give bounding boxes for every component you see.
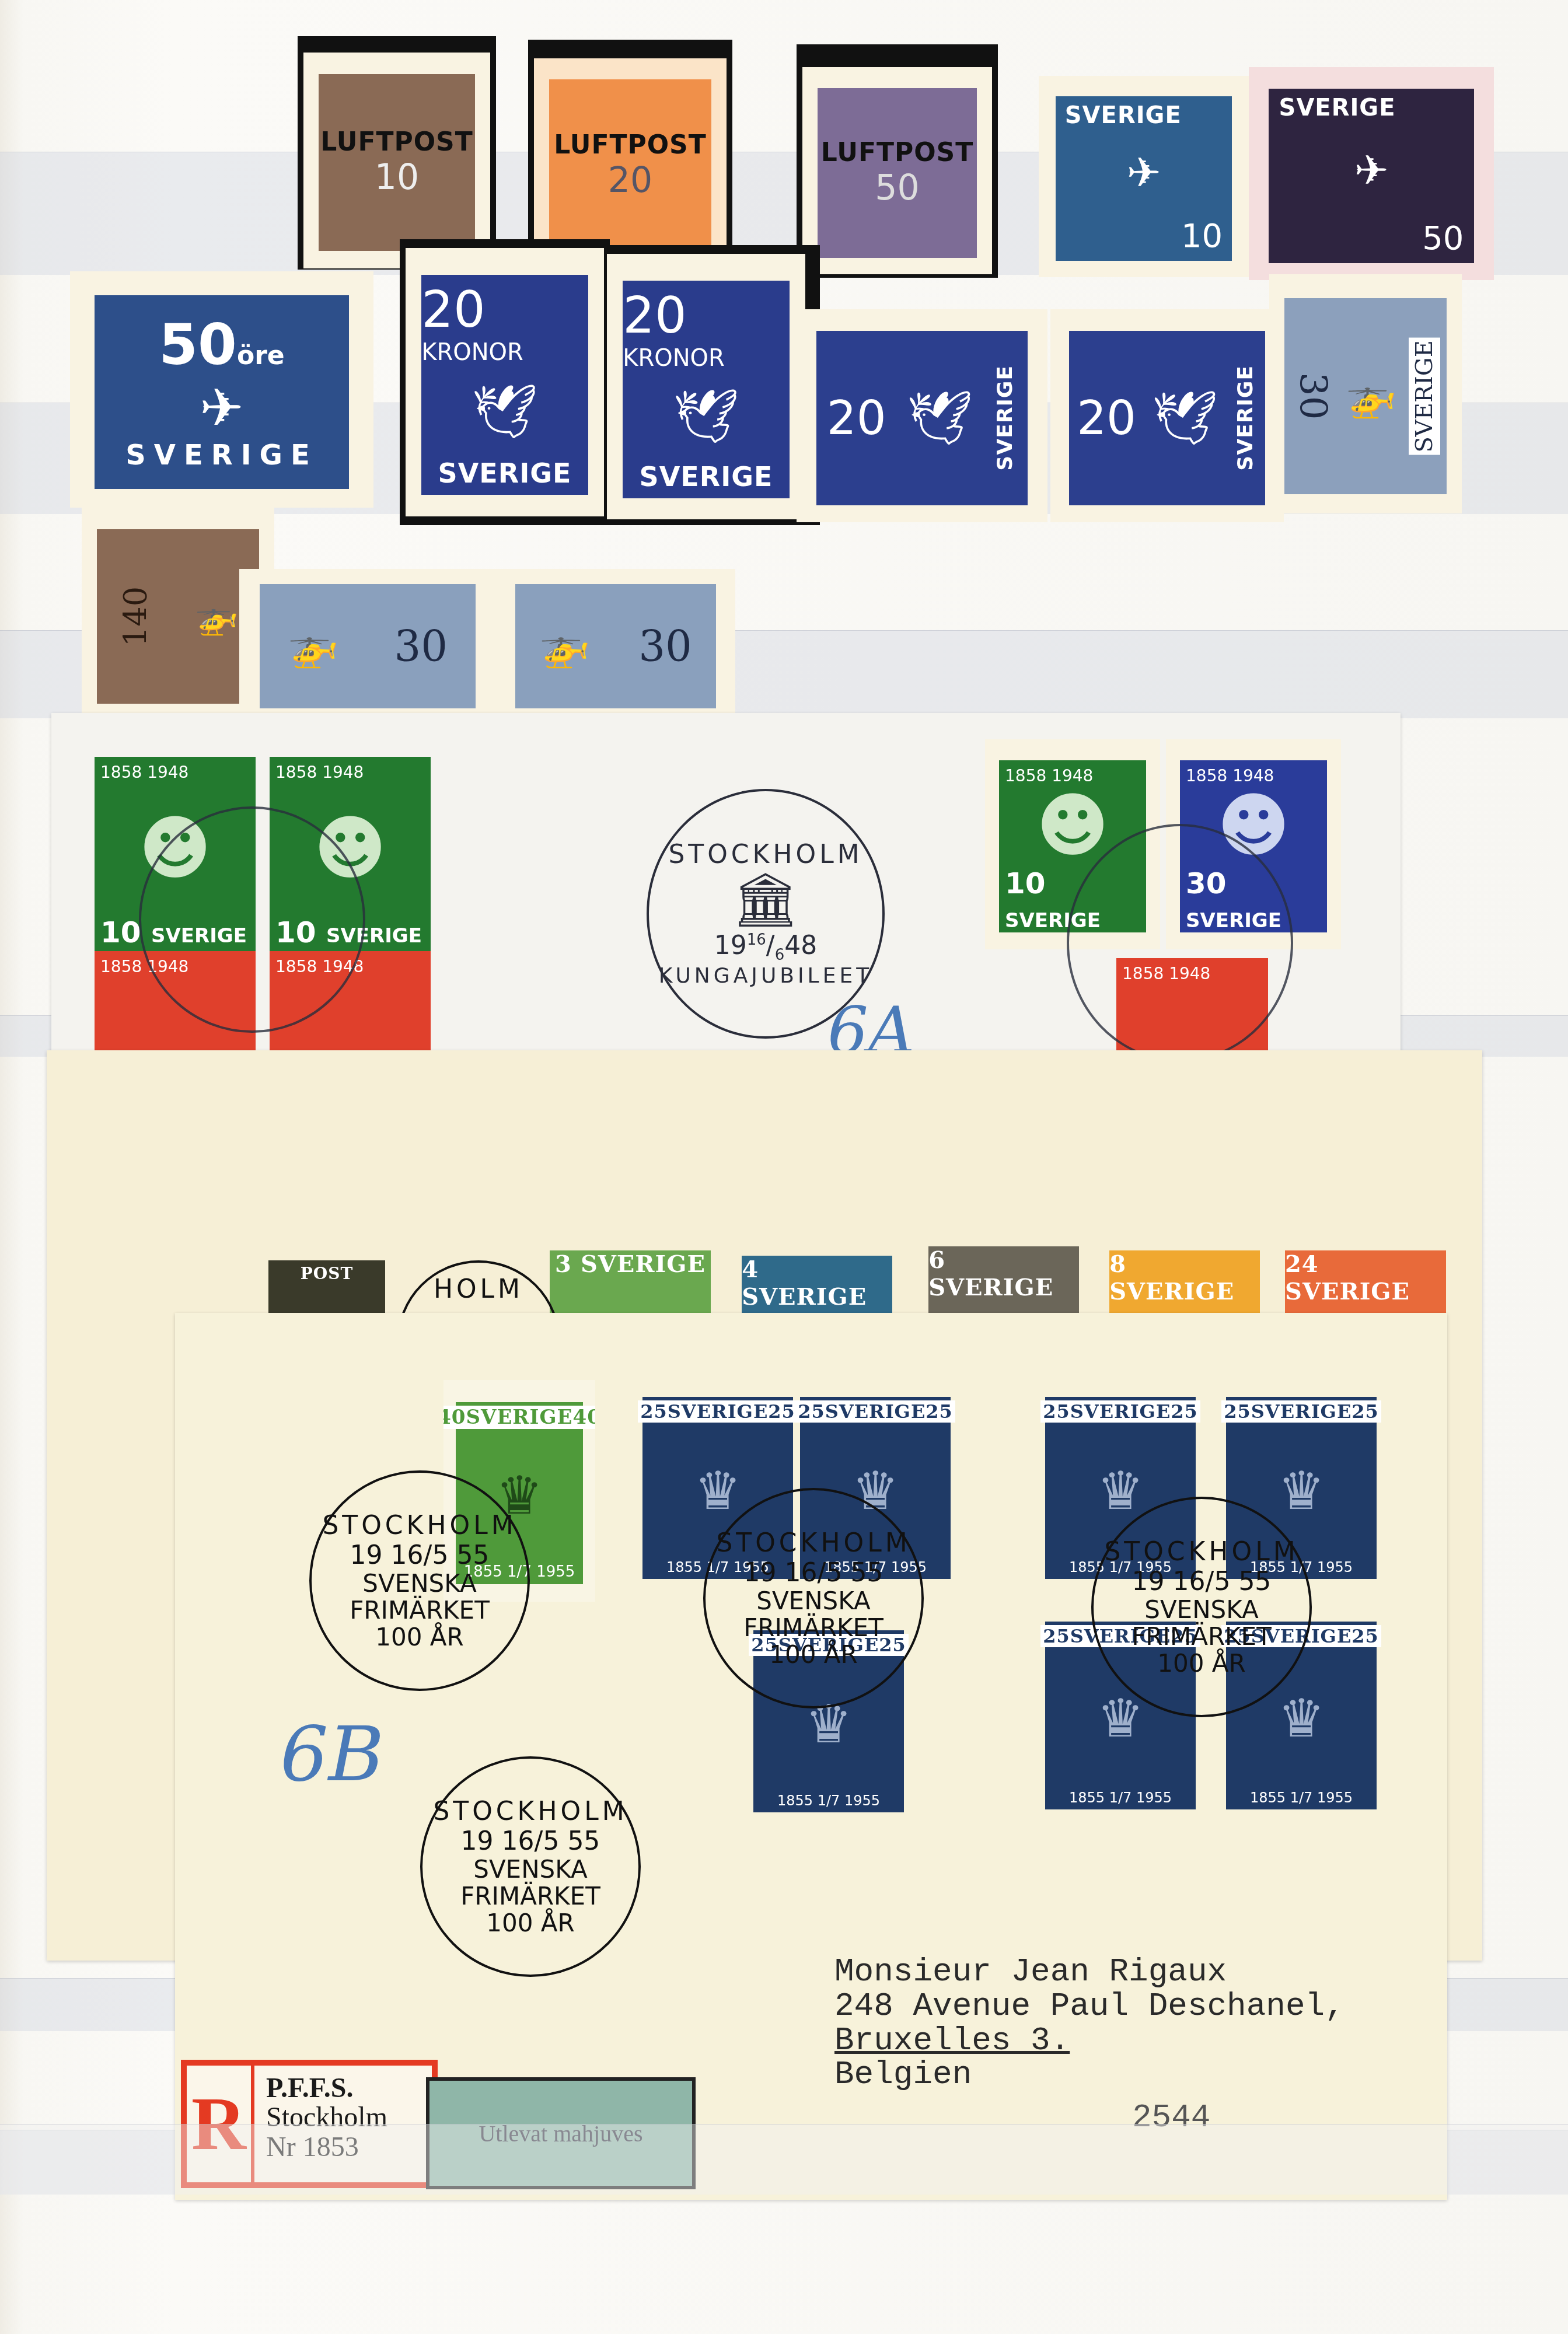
stamp-value: 20: [623, 286, 686, 345]
address-line-name: Monsieur Jean Rigaux: [834, 1955, 1345, 1989]
stamp-title: SVERIGE: [1279, 95, 1396, 121]
stamp-value: 10: [1005, 866, 1046, 900]
cover-kungajubileet-1948[interactable]: 1858 1948 ☻ 10 SVERIGE 1858 1948 ☻ 10 SV…: [51, 713, 1401, 1063]
cancel-date: 1916/648: [714, 931, 817, 964]
stamp-value: 50: [159, 312, 237, 378]
cancel-top-text: STOCKHOLM: [668, 840, 862, 869]
overprint: LUFTPOST: [320, 127, 473, 157]
swan-icon: 🕊: [1151, 387, 1218, 449]
album-page: LUFTPOST 10 LUFTPOST 20 LUFTPOST 50 SVER…: [0, 0, 1568, 2334]
handwritten-mark: 6B: [280, 1710, 384, 1798]
stamp-post-black[interactable]: POST: [268, 1260, 385, 1319]
stamp-dates: 1855 1/7 1955: [777, 1793, 880, 1809]
stamp-luftpost-20[interactable]: LUFTPOST 20: [534, 58, 727, 268]
stamp-title: SVERIGE: [438, 457, 572, 489]
address-line-city: Bruxelles 3.: [834, 2024, 1345, 2058]
stamp-sverige-4[interactable]: 4 SVERIGE: [735, 1249, 899, 1319]
stamp-luftpost-50[interactable]: LUFTPOST 50: [802, 67, 992, 274]
airplane-icon: ✈: [1354, 146, 1389, 194]
swan-icon: 🕊: [472, 381, 538, 442]
stamp-years: 1858 1948: [275, 763, 364, 782]
stamp-years: 1858 1948: [1005, 766, 1093, 785]
stamp-airplane-10[interactable]: SVERIGE ✈ 10: [1039, 76, 1249, 277]
mailman-helicopter-icon: 🚁: [539, 622, 590, 670]
stamp-value: 30: [394, 622, 448, 671]
stamp-helicopter-30-b[interactable]: 🚁 30: [496, 569, 735, 721]
stamp-value: 10: [375, 157, 419, 198]
stamp-unit: KRONOR: [421, 339, 523, 366]
stamp-title: POST: [301, 1264, 354, 1283]
stamp-title: SVERIGE: [1409, 338, 1440, 455]
airplane-icon: ✈: [200, 378, 243, 439]
stamp-title: SVERIGE: [640, 461, 773, 492]
stamp-sverige-8[interactable]: 8 SVERIGE: [1103, 1243, 1266, 1319]
stamp-swan-20kr-d[interactable]: 20 🕊 SVERIGE: [1050, 309, 1284, 522]
stamp-sverige-3[interactable]: 3 SVERIGE: [543, 1243, 718, 1319]
stamp-swan-20kr-c[interactable]: 20 🕊 SVERIGE: [797, 309, 1047, 522]
stamp-value: 20: [608, 160, 652, 201]
cancel-bottom-text: KUNGAJUBILEET: [659, 964, 872, 988]
stamp-value: 20: [827, 391, 886, 445]
mailman-helicopter-icon: 🚁: [288, 622, 338, 670]
stamp-years: 1858 1948: [100, 763, 188, 782]
address-line-country: Belgien: [834, 2057, 1345, 2092]
stamp-title: SVERIGE: [1234, 365, 1258, 471]
stamp-title: SVERIGE: [1065, 102, 1182, 129]
swan-icon: 🕊: [673, 386, 739, 447]
address-block: Monsieur Jean Rigaux 248 Avenue Paul Des…: [834, 1955, 1345, 2092]
stamp-helicopter-30-vertical[interactable]: 30 🚁 SVERIGE: [1269, 274, 1462, 513]
stamp-title: SVERIGE: [125, 439, 318, 471]
cancel-stockholm-kungajubileet: [139, 806, 365, 1033]
address-line-street: 248 Avenue Paul Deschanel,: [834, 1989, 1345, 2024]
stamp-years: 1858 1948: [1186, 766, 1274, 785]
cancel-svenska-frimarket: STOCKHOLM 19 16/5 55 SVENSKA FRIMÄRKET 1…: [703, 1488, 924, 1708]
stamp-airplane-50[interactable]: SVERIGE ✈ 50: [1249, 67, 1494, 280]
cover-frimarket-100ar-1955[interactable]: 40SVERIGE40 ♛ 1855 1/7 1955 25SVERIGE25 …: [175, 1313, 1447, 2200]
cancel-svenska-frimarket: STOCKHOLM 19 16/5 55 SVENSKA FRIMÄRKET 1…: [1091, 1497, 1312, 1717]
stockbook-strip-front: [0, 2124, 1568, 2195]
helicopter-icon: 🚁: [195, 596, 239, 637]
stamp-luftpost-10[interactable]: LUFTPOST 10: [303, 53, 490, 268]
stamp-unit: KRONOR: [623, 345, 725, 372]
stamp-dates: 1855 1/7 1955: [1069, 1790, 1172, 1806]
stamp-dates: 1855 1/7 1955: [1250, 1790, 1353, 1806]
overprint: LUFTPOST: [821, 138, 974, 167]
crown-shield-icon: ♛: [1278, 1688, 1325, 1749]
stamp-title: SVERIGE: [993, 365, 1017, 471]
cancel-svenska-frimarket: STOCKHOLM 19 16/5 55 SVENSKA FRIMÄRKET 1…: [420, 1756, 641, 1977]
stamp-value: 30: [638, 622, 692, 671]
stamp-value: 10: [100, 916, 141, 949]
stamp-value: 50: [875, 167, 919, 208]
crown-shield-icon: ♛: [1097, 1688, 1144, 1749]
stamp-value: 140: [117, 586, 154, 647]
crown-shield-icon: ♛: [1097, 1461, 1144, 1522]
stamp-value: 10: [1181, 217, 1223, 255]
cancel-stockholm-kungajubileet: [1067, 824, 1293, 1062]
overprint: LUFTPOST: [554, 130, 707, 160]
crown-shield-icon: ♛: [1278, 1461, 1325, 1522]
king-portrait-icon: ☻: [1036, 785, 1109, 866]
crown-shield-icon: ♛: [694, 1461, 742, 1522]
stamp-sverige-6[interactable]: 6 SVERIGE: [922, 1240, 1085, 1319]
palace-icon: 🏛: [732, 869, 799, 931]
stamp-swans-20kr-b[interactable]: 20 KRONOR 🕊 SVERIGE: [607, 254, 805, 519]
stamp-helicopter-30-a[interactable]: 🚁 30: [239, 569, 496, 721]
stamp-value: 50: [1422, 219, 1464, 257]
stamp-value: 30: [1291, 372, 1334, 420]
stamp-value: 20: [1077, 391, 1136, 445]
helicopter-icon: 🚁: [1346, 372, 1396, 421]
stamp-plane-50ore[interactable]: 50öre ✈ SVERIGE: [70, 271, 373, 508]
airplane-icon: ✈: [1127, 149, 1161, 197]
stamp-sverige-24[interactable]: 24 SVERIGE: [1278, 1243, 1453, 1319]
swan-icon: 🕊: [906, 387, 973, 449]
stamp-value: 20: [421, 281, 485, 339]
stamp-unit: öre: [237, 341, 285, 371]
stamp-swans-20kr-a[interactable]: 20 KRONOR 🕊 SVERIGE: [406, 248, 604, 516]
registration-office: P.F.F.S.: [266, 2074, 387, 2103]
cancel-svenska-frimarket: STOCKHOLM 19 16/5 55 SVENSKA FRIMÄRKET 1…: [309, 1470, 530, 1691]
